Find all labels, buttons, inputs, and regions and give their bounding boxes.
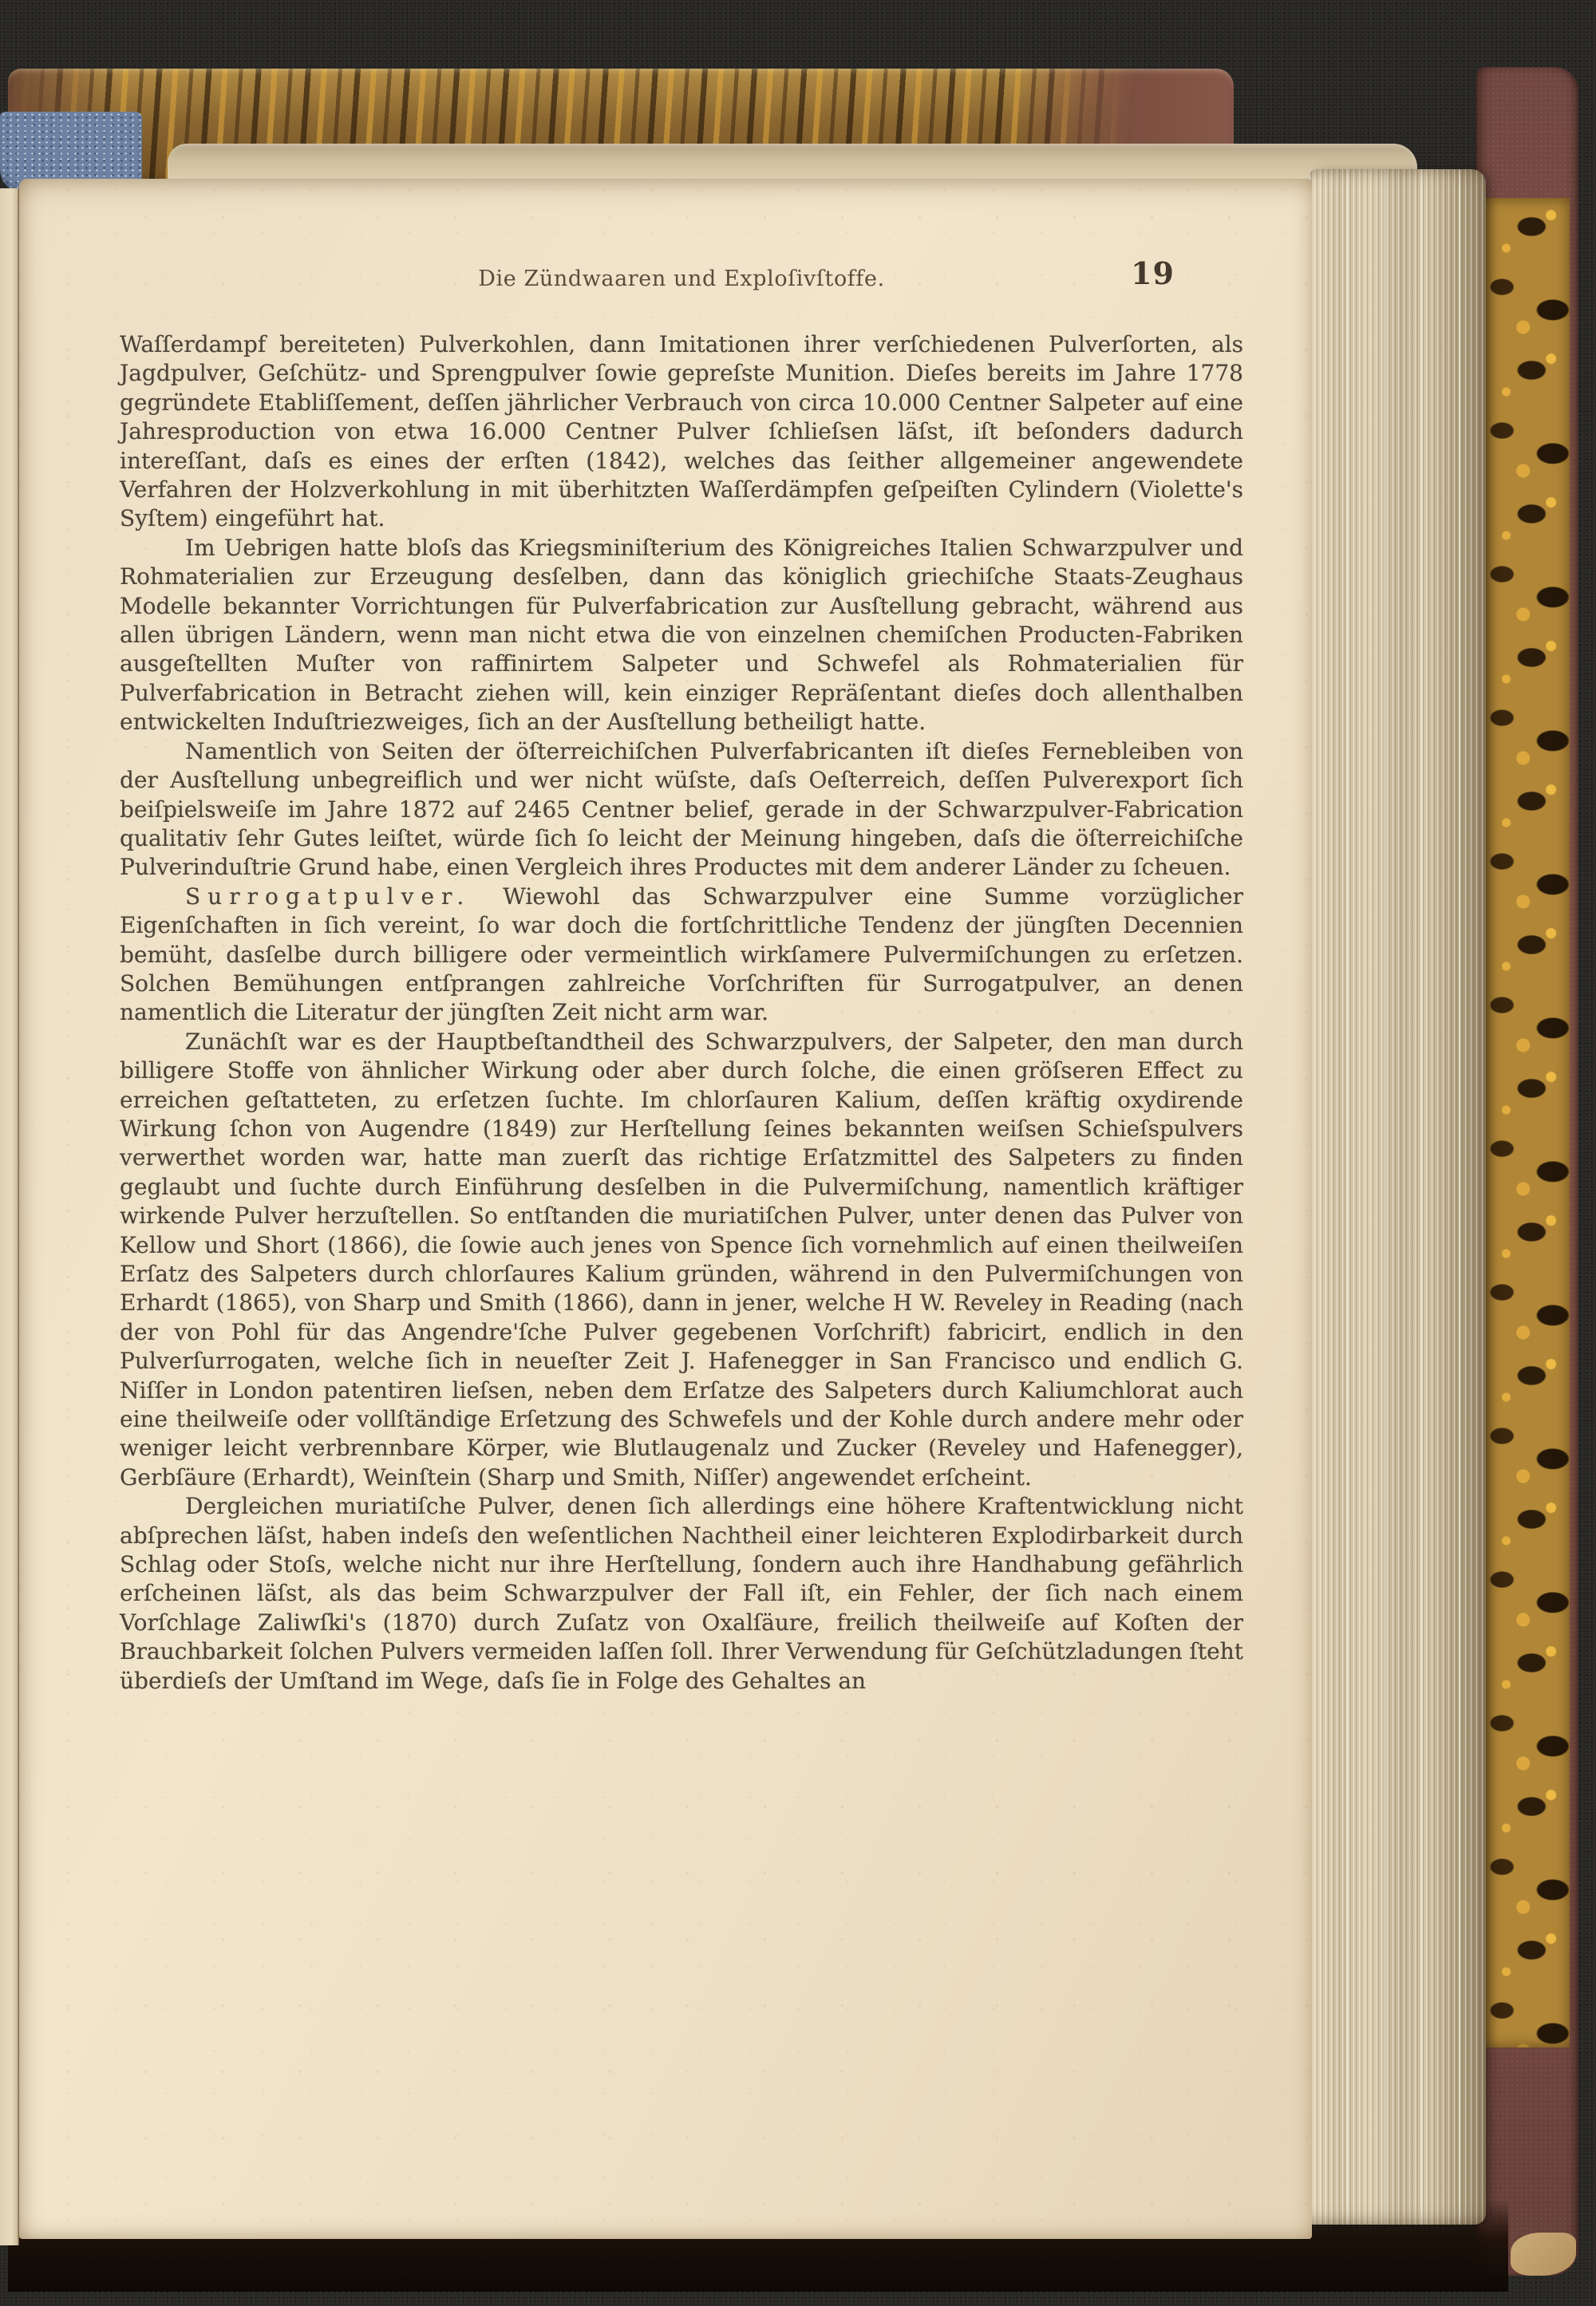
paragraph-text: Zunächſt war es der Hauptbeſtandtheil de… bbox=[120, 1029, 1243, 1491]
facing-page-sliver bbox=[0, 188, 19, 2245]
paragraph-text: Im Uebrigen hatte bloſs das Kriegsminiſt… bbox=[120, 535, 1243, 735]
paragraph: Namentlich von Seiten der öſterreichiſch… bbox=[120, 737, 1243, 883]
running-head: Die Zündwaaren und Exploſivſtoffe. 19 bbox=[120, 255, 1243, 311]
paragraph-text: Dergleichen muriatiſche Pulver, denen ſi… bbox=[120, 1493, 1243, 1693]
fore-edge-page-stack bbox=[1309, 169, 1486, 2225]
paragraph: Dergleichen muriatiſche Pulver, denen ſi… bbox=[120, 1492, 1243, 1696]
paragraph: Zunächſt war es der Hauptbeſtandtheil de… bbox=[120, 1028, 1243, 1493]
paragraph: Surrogatpulver. Wiewohl das Schwarzpulve… bbox=[120, 883, 1243, 1028]
body-text: Waſſerdampf bereiteten) Pulverkohlen, da… bbox=[120, 330, 1243, 1696]
page-content: Die Zündwaaren und Exploſivſtoffe. 19 Wa… bbox=[120, 255, 1243, 1696]
paragraph: Waſſerdampf bereiteten) Pulverkohlen, da… bbox=[120, 330, 1243, 534]
paragraph-text: Waſſerdampf bereiteten) Pulverkohlen, da… bbox=[120, 331, 1243, 531]
book-scan: Die Zündwaaren und Exploſivſtoffe. 19 Wa… bbox=[0, 0, 1596, 2306]
page-number: 19 bbox=[1131, 255, 1175, 291]
marbled-cover-strip bbox=[1483, 198, 1570, 2047]
paragraph-lead-word: Surrogatpulver. bbox=[185, 883, 471, 910]
running-head-title: Die Zündwaaren und Exploſivſtoffe. bbox=[120, 267, 1243, 291]
paragraph: Im Uebrigen hatte bloſs das Kriegsminiſt… bbox=[120, 534, 1243, 737]
paragraph-text: Namentlich von Seiten der öſterreichiſch… bbox=[120, 738, 1243, 881]
